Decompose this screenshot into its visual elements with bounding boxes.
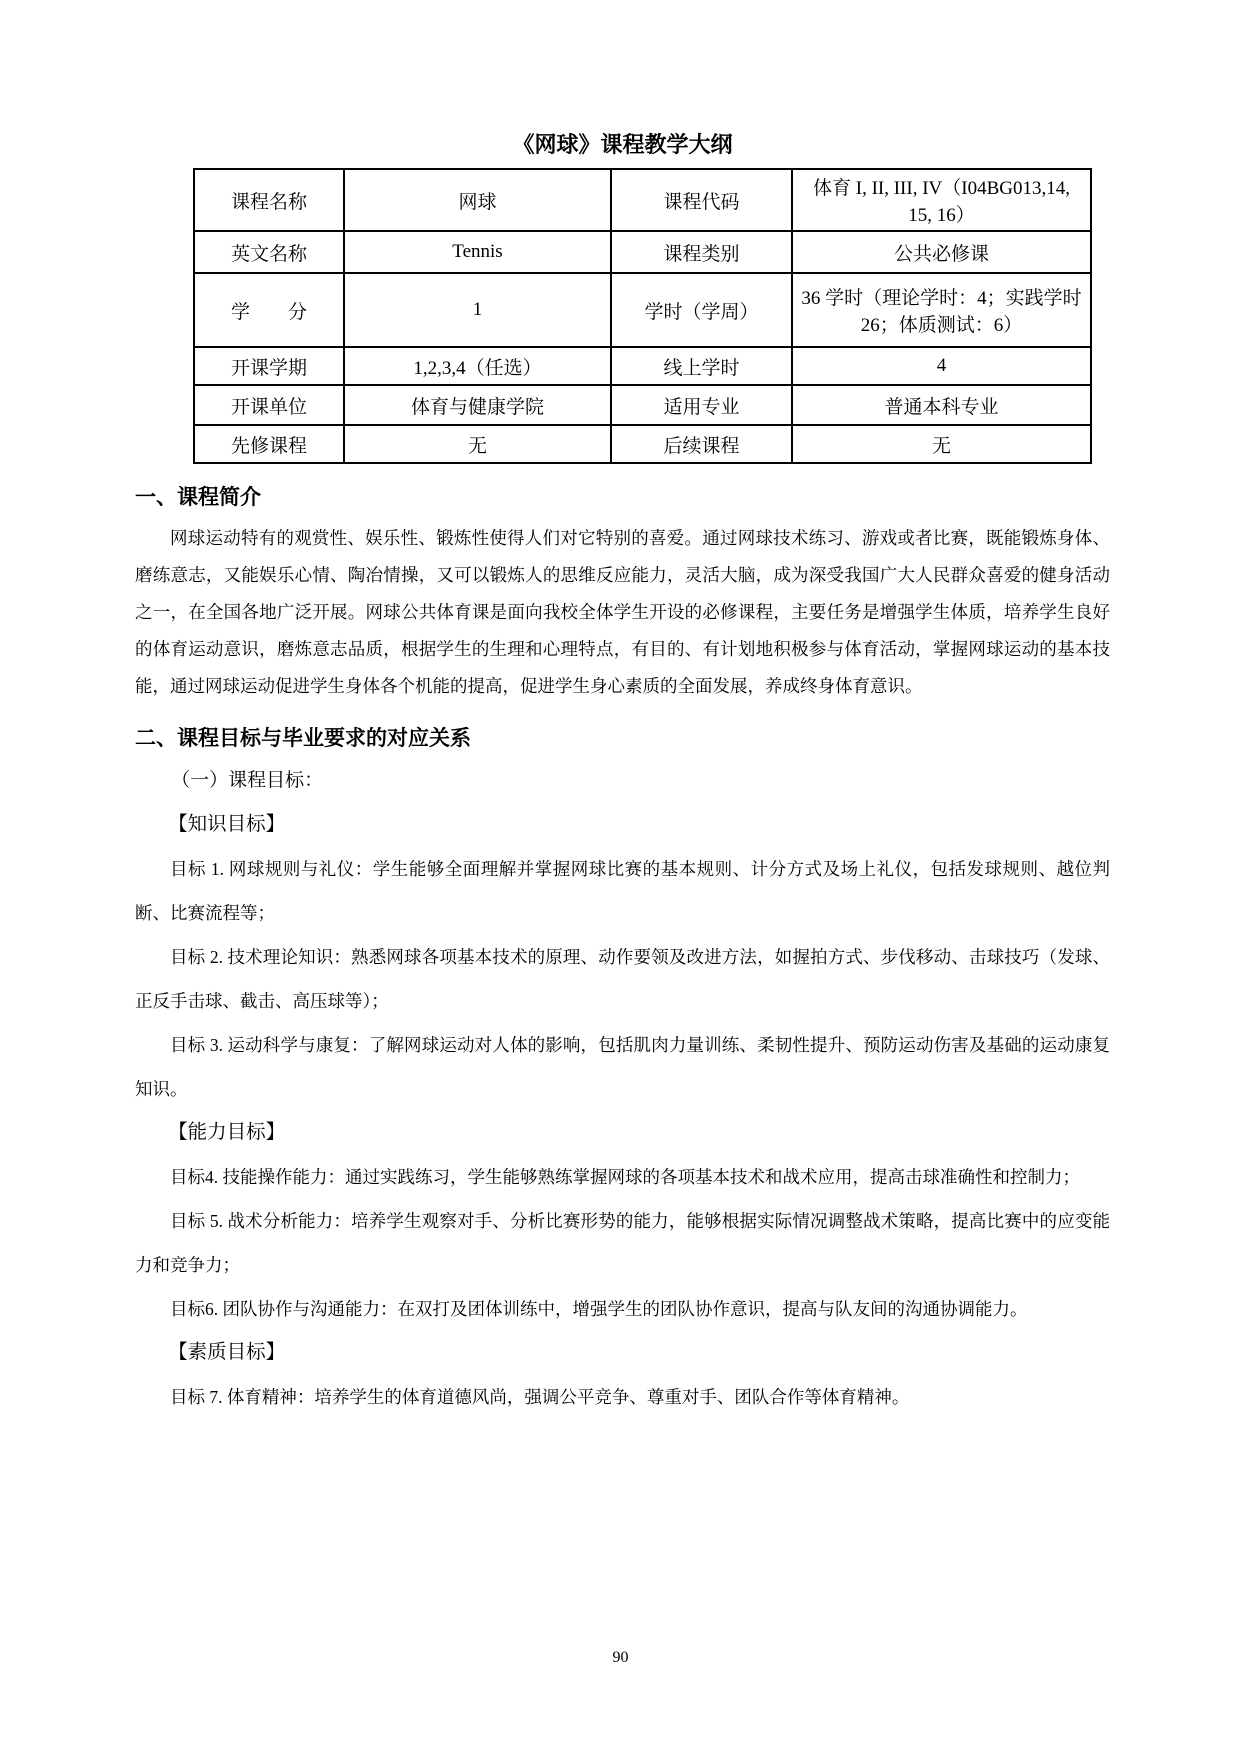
online-hours-label: 线上学时 (611, 347, 792, 385)
hours-label: 学时（学周） (611, 273, 792, 347)
follow-up-value: 无 (792, 425, 1091, 463)
goal-3: 目标 3. 运动科学与康复：了解网球运动对人体的影响，包括肌肉力量训练、柔韧性提… (135, 1023, 1110, 1111)
semester-label: 开课学期 (194, 347, 344, 385)
course-type-value: 公共必修课 (792, 231, 1091, 273)
course-info-table: 课程名称 网球 课程代码 体育 I, II, III, IV（I04BG013,… (193, 168, 1092, 464)
course-type-label: 课程类别 (611, 231, 792, 273)
course-name-value: 网球 (344, 169, 611, 231)
department-value: 体育与健康学院 (344, 385, 611, 425)
subsection-course-objectives: （一）课程目标： (135, 759, 1110, 803)
goal-1: 目标 1. 网球规则与礼仪：学生能够全面理解并掌握网球比赛的基本规则、计分方式及… (135, 847, 1110, 935)
credits-label: 学 分 (194, 273, 344, 347)
course-code-label: 课程代码 (611, 169, 792, 231)
goal-5: 目标 5. 战术分析能力：培养学生观察对手、分析比赛形势的能力，能够根据实际情况… (135, 1199, 1110, 1287)
hours-value: 36 学时（理论学时：4；实践学时 26；体质测试：6） (792, 273, 1091, 347)
prerequisite-label: 先修课程 (194, 425, 344, 463)
course-name-label: 课程名称 (194, 169, 344, 231)
goal-7: 目标 7. 体育精神：培养学生的体育道德风尚，强调公平竞争、尊重对手、团队合作等… (135, 1375, 1110, 1419)
semester-value: 1,2,3,4（任选） (344, 347, 611, 385)
follow-up-label: 后续课程 (611, 425, 792, 463)
applicable-major-value: 普通本科专业 (792, 385, 1091, 425)
english-name-label: 英文名称 (194, 231, 344, 273)
table-row: 课程名称 网球 课程代码 体育 I, II, III, IV（I04BG013,… (194, 169, 1091, 231)
table-row: 先修课程 无 后续课程 无 (194, 425, 1091, 463)
goal-6: 目标6. 团队协作与沟通能力：在双打及团体训练中，增强学生的团队协作意识，提高与… (135, 1287, 1110, 1331)
department-label: 开课单位 (194, 385, 344, 425)
course-code-value: 体育 I, II, III, IV（I04BG013,14, 15, 16） (792, 169, 1091, 231)
online-hours-value: 4 (792, 347, 1091, 385)
table-row: 开课单位 体育与健康学院 适用专业 普通本科专业 (194, 385, 1091, 425)
goal-2: 目标 2. 技术理论知识：熟悉网球各项基本技术的原理、动作要领及改进方法，如握拍… (135, 935, 1110, 1023)
applicable-major-label: 适用专业 (611, 385, 792, 425)
table-row: 英文名称 Tennis 课程类别 公共必修课 (194, 231, 1091, 273)
credits-value: 1 (344, 273, 611, 347)
prerequisite-value: 无 (344, 425, 611, 463)
table-row: 学 分 1 学时（学周） 36 学时（理论学时：4；实践学时 26；体质测试：6… (194, 273, 1091, 347)
quality-goals-heading: 【素质目标】 (135, 1331, 1110, 1375)
document-page: 《网球》课程教学大纲 课程名称 网球 课程代码 体育 I, II, III, I… (0, 0, 1241, 1755)
goal-4: 目标4. 技能操作能力：通过实践练习，学生能够熟练掌握网球的各项基本技术和战术应… (135, 1155, 1110, 1199)
document-content: 《网球》课程教学大纲 课程名称 网球 课程代码 体育 I, II, III, I… (0, 0, 1241, 1419)
section2-heading: 二、课程目标与毕业要求的对应关系 (135, 723, 1110, 755)
ability-goals-heading: 【能力目标】 (135, 1111, 1110, 1155)
section1-heading: 一、课程简介 (135, 482, 1110, 514)
page-title: 《网球》课程教学大纲 (135, 130, 1110, 160)
course-intro-paragraph: 网球运动特有的观赏性、娱乐性、锻炼性使得人们对它特别的喜爱。通过网球技术练习、游… (135, 520, 1110, 705)
page-number: 90 (0, 1649, 1241, 1667)
knowledge-goals-heading: 【知识目标】 (135, 803, 1110, 847)
table-row: 开课学期 1,2,3,4（任选） 线上学时 4 (194, 347, 1091, 385)
english-name-value: Tennis (344, 231, 611, 273)
